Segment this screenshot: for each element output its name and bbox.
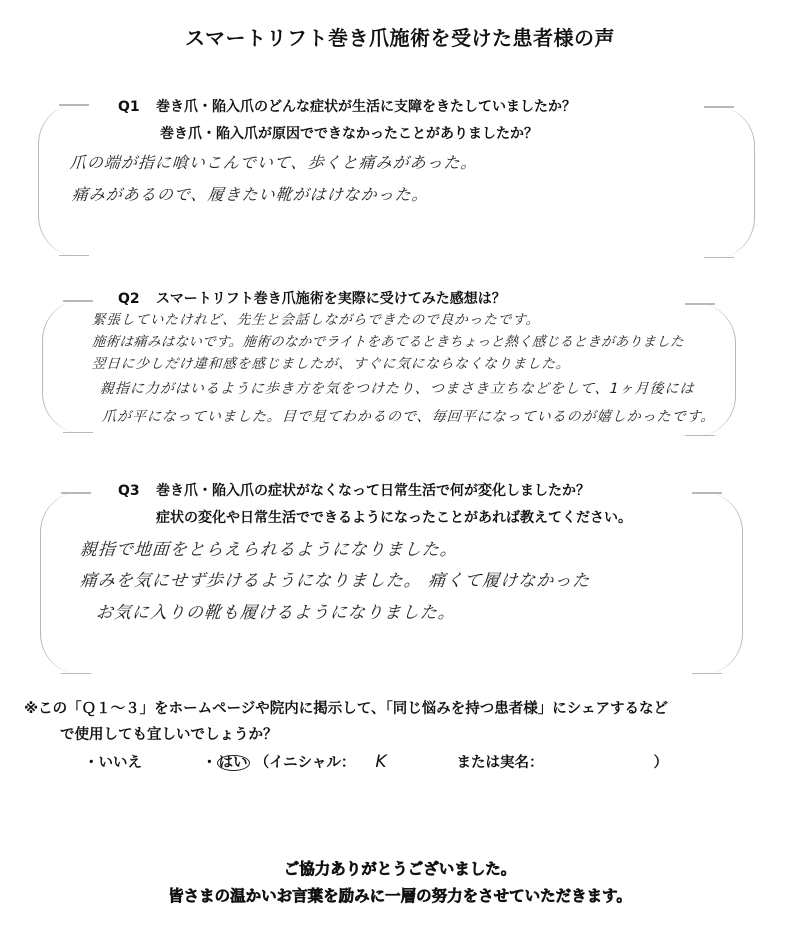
handwritten-answer-line: 緊張していたけれど、先生と会話しながらできたので良かったです。	[91, 308, 541, 328]
question-number: Q2	[118, 291, 156, 307]
handwritten-answer-line: 痛みがあるので、履きたい靴がはけなかった。	[71, 182, 429, 205]
closing-message: 皆さまの温かいお言葉を励みに一層の努力をさせていただきます。	[0, 884, 800, 906]
question-number: Q1	[118, 99, 156, 115]
consent-question: ※この「Ｑ１～３」をホームページや院内に掲示して、「同じ悩みを持つ患者様」にシェ…	[24, 697, 668, 718]
handwritten-answer-line: 施術は痛みはないです。施術のなかでライトをあてるときちょっと熱く感じるときがあり…	[91, 330, 684, 350]
thank-you-message: ご協力ありがとうございました。	[0, 857, 800, 879]
question-2-heading: Q2スマートリフト巻き爪施術を実際に受けてみた感想は？	[118, 288, 506, 308]
option-yes-selected[interactable]: はい	[217, 755, 250, 771]
page-title: スマートリフト巻き爪施術を受けた患者様の声	[0, 22, 800, 51]
initial-field[interactable]: K	[375, 752, 386, 772]
answer-box-right-bracket	[714, 106, 755, 258]
consent-question-continued: で使用しても宜しいでしょうか？	[60, 723, 278, 744]
answer-box-left-bracket	[40, 492, 81, 674]
handwritten-answer-line: 親指に力がはいるように歩き方を気をつけたり、つまさき立ちなどをして、1ヶ月後には	[99, 378, 695, 398]
question-number: Q3	[118, 483, 156, 499]
answer-box-right-bracket	[702, 492, 743, 674]
handwritten-answer-line: お気に入りの靴も履けるようになりました。	[95, 598, 457, 623]
handwritten-answer-line: 痛みを気にせず歩けるようになりました。 痛くて履けなかった	[79, 566, 591, 591]
question-1-heading: Q1巻き爪・陥入爪のどんな症状が生活に支障をきたしていましたか？	[118, 96, 576, 116]
question-text: 巻き爪・陥入爪のどんな症状が生活に支障をきたしていましたか？	[156, 99, 576, 115]
question-text: スマートリフト巻き爪施術を実際に受けてみた感想は？	[156, 291, 506, 307]
handwritten-answer-line: 爪が平になっていました。目で見てわかるので、毎回平になっているのが嬉しかったです…	[101, 406, 716, 426]
option-no[interactable]: ・いいえ	[84, 755, 142, 771]
question-1-subheading: 巻き爪・陥入爪が原因でできなかったことがありましたか？	[160, 123, 538, 143]
answer-box-left-bracket	[42, 300, 83, 433]
close-paren: ）	[653, 755, 668, 771]
question-3-heading: Q3巻き爪・陥入爪の症状がなくなって日常生活で何が変化しましたか？	[118, 480, 590, 500]
handwritten-answer-line: 親指で地面をとらえられるようになりました。	[79, 535, 459, 560]
consent-options: ・いいえ ・はい （イニシャル：Kまたは実名：）	[84, 751, 668, 772]
question-3-subheading: 症状の変化や日常生活でできるようになったことがあれば教えてください。	[156, 507, 632, 527]
handwritten-answer-line: 翌日に少しだけ違和感を感じましたが、すぐに気にならなくなりました。	[91, 352, 571, 372]
answer-box-left-bracket	[38, 104, 79, 256]
realname-label: または実名：	[456, 755, 543, 771]
question-text: 巻き爪・陥入爪の症状がなくなって日常生活で何が変化しましたか？	[156, 483, 590, 499]
handwritten-answer-line: 爪の端が指に喰いこんでいて、歩くと痛みがあった。	[69, 150, 478, 173]
option-yes-bullet: ・	[202, 755, 217, 771]
initial-label: （イニシャル：	[255, 755, 356, 771]
